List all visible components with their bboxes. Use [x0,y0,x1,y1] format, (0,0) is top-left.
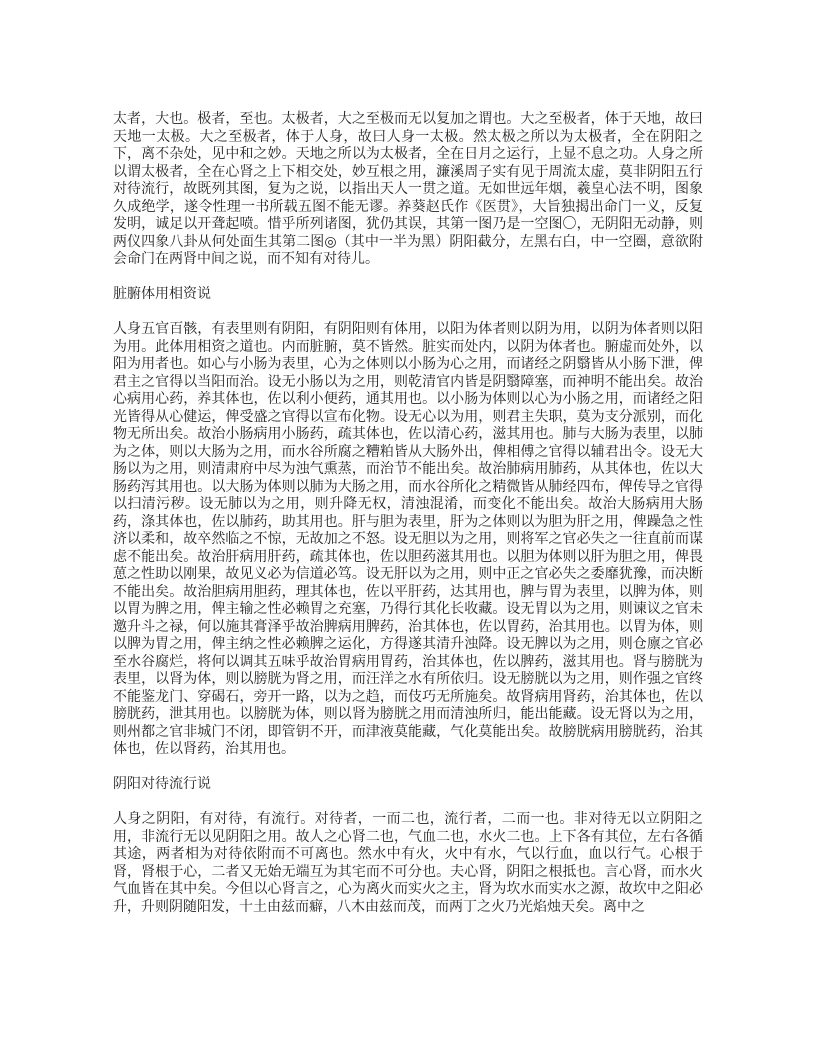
document-content: 太者，大也。极者，至也。太极者，大之至极而无以复加之谓也。大之至极者，体于天地，… [113,111,703,934]
heading-zangfu-tiyong: 脏腑体用相资说 [113,286,703,304]
paragraph-yinyang-duidai: 人身之阴阳，有对待，有流行。对待者，一而二也，流行者，二而一也。非对待无以立阴阳… [113,811,703,916]
document-page: 太者，大也。极者，至也。太极者，大之至极而无以复加之谓也。大之至极者，体于天地，… [0,0,816,1056]
heading-yinyang-duidai: 阴阳对待流行说 [113,776,703,794]
paragraph-taiji-intro: 太者，大也。极者，至也。太极者，大之至极而无以复加之谓也。大之至极者，体于天地，… [113,111,703,269]
paragraph-zangfu-tiyong: 人身五官百骸，有表里则有阴阳，有阴阳则有体用，以阳为体者则以阴为用，以阴为体者则… [113,321,703,759]
